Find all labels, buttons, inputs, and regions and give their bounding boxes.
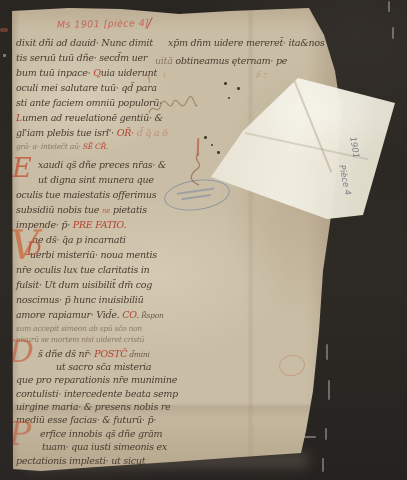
- text-segment: umen ad reuelationē gentiū· &: [22, 113, 163, 124]
- manuscript-line: sum accepit simeon ab spū sc̄o non: [16, 323, 168, 335]
- manuscript-line: xp̄m dn̄m uidere mereret̄· ita&nos: [155, 36, 335, 51]
- stitch-mark: [392, 27, 394, 39]
- manuscript-line: ut sacro sc̄a misteria: [16, 361, 168, 374]
- red-slash-mark: ∕: [146, 14, 154, 33]
- text-segment: PRE FATIO.: [73, 220, 126, 231]
- text-segment: pectationis implesti· ut sicut: [16, 456, 145, 467]
- manuscript-line: gl'iam plebis tue isrl'· OR̄· d̄ q̄ a ō: [16, 126, 168, 141]
- text-segment: tuam· qua iusti simeonis ex: [42, 442, 167, 453]
- dropcap-secreta: E: [12, 155, 32, 182]
- manuscript-line: mediū esse facias· & futurū· p̄·: [16, 414, 168, 427]
- manuscript-line: oculi mei salutare tuū· qd̄ para: [16, 81, 168, 96]
- manuscript-line: oculis tue maiestatis offerimus: [16, 188, 168, 203]
- text-segment: s̄ dñe ds̄ nr̄·: [38, 349, 94, 360]
- stitch-mark: [325, 428, 327, 440]
- manuscript-line: uitā obtineamus ęternam· pe: [155, 54, 335, 69]
- text-segment: subsidiū nobis tue: [16, 205, 102, 216]
- text-segment: uisurū se mortem nisi uideret cristū: [16, 335, 144, 344]
- text-segment: uitā: [155, 56, 175, 67]
- text-segment: ille mortem non uidit priusq̄ uideret xp…: [16, 469, 161, 478]
- wormhole: [204, 136, 207, 139]
- manuscript-line: sti ante faciem omniū populorū·: [16, 96, 168, 111]
- manuscript-line: fulsit· Ut dum uisibilit̄ dm̄ cog: [16, 278, 168, 293]
- right-column: xp̄m dn̄m uidere mereret̄· ita&nosuitā o…: [155, 36, 335, 81]
- text-segment: erfice innobis qs̄ dñe grām: [40, 429, 162, 440]
- manuscript-line: subsidiū nobis tue ne pietatis: [16, 203, 168, 218]
- archival-note: Ms 1901 [pièce 4]: [57, 18, 149, 31]
- manuscript-line: tis seruū tuū dñe· secd̄m uer: [16, 51, 168, 66]
- photo-backdrop: Ms 1901 [pièce 4] ∕ dixit dñi ad dauid· …: [0, 0, 407, 480]
- text-segment: d̄ q̄ a ō: [134, 128, 168, 139]
- text-segment: SĒ CR̄.: [83, 142, 108, 151]
- library-stamp: [162, 176, 232, 215]
- stitch-mark: [326, 344, 328, 360]
- text-segment: contulisti· intercedente beata semp: [16, 389, 178, 400]
- text-segment: Q: [93, 68, 101, 79]
- wormhole: [224, 82, 227, 85]
- manuscript-line: ⟨: [155, 69, 335, 81]
- text-segment: pietatis: [110, 205, 147, 216]
- text-segment: xp̄m dn̄m uidere mereret̄· ita&nos: [168, 38, 325, 49]
- manuscript-line: contulisti· intercedente beata semp: [16, 388, 168, 401]
- text-segment: que pro reparationis nr̄e munimine: [16, 375, 177, 386]
- wormhole: [237, 87, 240, 90]
- manuscript-line: que pro reparationis nr̄e munimine: [16, 374, 168, 387]
- slip-note-line2: Pièce 4: [336, 164, 352, 196]
- backdrop-speck: [3, 54, 6, 57]
- text-segment: noscimus· p̄ hunc inuisibiliū: [16, 295, 143, 306]
- stitch-mark: [322, 458, 324, 472]
- manuscript-line: erfice innobis qs̄ dñe grām: [16, 428, 168, 441]
- slip-fold-line: [293, 79, 332, 172]
- text-segment: uirgine maria· & presens nobis re: [16, 402, 171, 413]
- text-segment: obtineamus ęternam· pe: [175, 56, 287, 67]
- text-segment: fulsit· Ut dum uisibilit̄ dm̄ cog: [16, 280, 152, 291]
- manuscript-line: s̄ dñe ds̄ nr̄· POSTC̄ d̄mini: [16, 348, 168, 361]
- manuscript-line: ut digna sint munera que: [16, 173, 168, 188]
- manuscript-line: tuam· qua iusti simeonis ex: [16, 441, 168, 454]
- manuscript-line: Lumen ad reuelationē gentiū· &: [16, 111, 168, 126]
- manuscript-line: amore rapiamur· Vid̄e. CO. R̄spon: [16, 308, 168, 323]
- text-segment: OR̄·: [117, 128, 134, 139]
- text-segment: mediū esse facias· & futurū· p̄·: [16, 415, 156, 426]
- text-segment: xaudi qs̄ dñe preces nr̄as· &: [38, 160, 166, 171]
- text-segment: R̄spon: [139, 311, 164, 320]
- manuscript-leaf: Ms 1901 [pièce 4] ∕ dixit dñi ad dauid· …: [9, 5, 342, 472]
- text-segment: amore rapiamur· Vid̄e.: [16, 310, 122, 321]
- manuscript-line: xaudi qs̄ dñe preces nr̄as· &: [16, 158, 168, 173]
- text-segment: POSTC̄: [94, 349, 127, 360]
- dropcap-preface-d: D: [26, 240, 41, 259]
- text-segment: tis seruū tuū dñe· secd̄m uer: [16, 53, 147, 64]
- text-segment: ne ds̄· q̄a p incarnati: [32, 235, 126, 246]
- manuscript-line: bum tuū inpace· Quia uiderunt: [16, 66, 168, 81]
- text-segment: CO.: [122, 310, 139, 321]
- manuscript-line: ille mortem non uidit priusq̄ uideret xp…: [16, 468, 168, 480]
- text-segment: ut sacro sc̄a misteria: [56, 362, 151, 373]
- text-segment: sti ante faciem omniū populorū·: [16, 98, 162, 109]
- text-segment: oculis tue maiestatis offerimus: [16, 190, 156, 201]
- manuscript-line: grā· a· intelec̄t aū· SĒ CR̄.: [16, 141, 168, 153]
- red-circle-mark: [277, 353, 306, 378]
- text-segment: oculi mei salutare tuū· qd̄ para: [16, 83, 157, 94]
- wormhole: [228, 97, 230, 99]
- faded-red-marginalia: p̄ ⁊: [256, 71, 266, 79]
- manuscript-line: noscimus· p̄ hunc inuisibiliū: [16, 293, 168, 308]
- text-segment: gl'iam plebis tue isrl'·: [16, 128, 117, 139]
- stitch-mark: [328, 380, 330, 400]
- text-segment: dixit dñi ad dauid· Nunc dimit: [16, 38, 153, 49]
- dropcap-postcommunio: D: [9, 337, 34, 368]
- rust-mark: [0, 28, 8, 32]
- dropcap-final: P: [9, 417, 31, 450]
- text-segment: grā· a· intelec̄t aū·: [16, 142, 83, 151]
- text-segment: ⟨: [163, 70, 166, 79]
- stitch-mark: [388, 1, 390, 12]
- text-segment: ne: [102, 207, 110, 215]
- text-segment: bum tuū inpace·: [16, 68, 93, 79]
- text-segment: sum accepit simeon ab spū sc̄o non: [16, 324, 142, 333]
- text-segment: uerbi misteriū· noua mentis: [30, 250, 157, 261]
- pen-trial-scribble: [147, 93, 199, 119]
- manuscript-line: uisurū se mortem nisi uideret cristū: [16, 334, 168, 346]
- manuscript-line: uirgine maria· & presens nobis re: [16, 401, 168, 414]
- text-segment: d̄mini: [127, 350, 149, 359]
- text-segment: ut digna sint munera que: [38, 175, 154, 186]
- wormhole: [217, 151, 220, 154]
- wormhole: [211, 144, 213, 146]
- manuscript-line: dixit dñi ad dauid· Nunc dimit: [16, 36, 168, 51]
